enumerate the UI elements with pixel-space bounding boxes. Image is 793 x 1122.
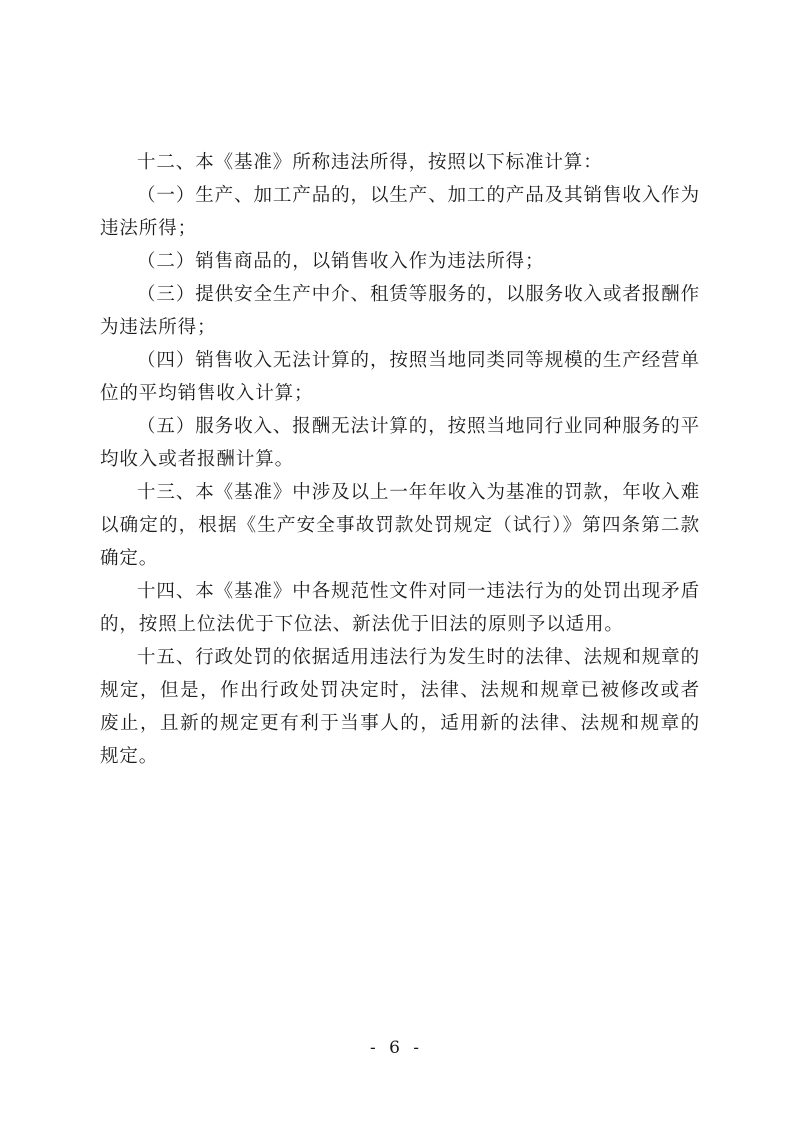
paragraph-article-13: 十三、本《基准》中涉及以上一年年收入为基准的罚款，年收入难以确定的，根据《生产安… xyxy=(100,476,700,575)
paragraph-item-2: （二）销售商品的，以销售收入作为违法所得； xyxy=(100,245,700,278)
paragraph-item-3: （三）提供安全生产中介、租赁等服务的，以服务收入或者报酬作为违法所得； xyxy=(100,278,700,344)
paragraph-item-5: （五）服务收入、报酬无法计算的，按照当地同行业同种服务的平均收入或者报酬计算。 xyxy=(100,410,700,476)
document-body: 十二、本《基准》所称违法所得，按照以下标准计算： （一）生产、加工产品的，以生产… xyxy=(100,146,700,773)
paragraph-item-1: （一）生产、加工产品的，以生产、加工的产品及其销售收入作为违法所得； xyxy=(100,179,700,245)
paragraph-article-14: 十四、本《基准》中各规范性文件对同一违法行为的处罚出现矛盾的，按照上位法优于下位… xyxy=(100,575,700,641)
paragraph-item-4: （四）销售收入无法计算的，按照当地同类同等规模的生产经营单位的平均销售收入计算； xyxy=(100,344,700,410)
page-number: - 6 - xyxy=(0,1038,793,1058)
paragraph-article-12: 十二、本《基准》所称违法所得，按照以下标准计算： xyxy=(100,146,700,179)
paragraph-article-15: 十五、行政处罚的依据适用违法行为发生时的法律、法规和规章的规定，但是，作出行政处… xyxy=(100,641,700,773)
